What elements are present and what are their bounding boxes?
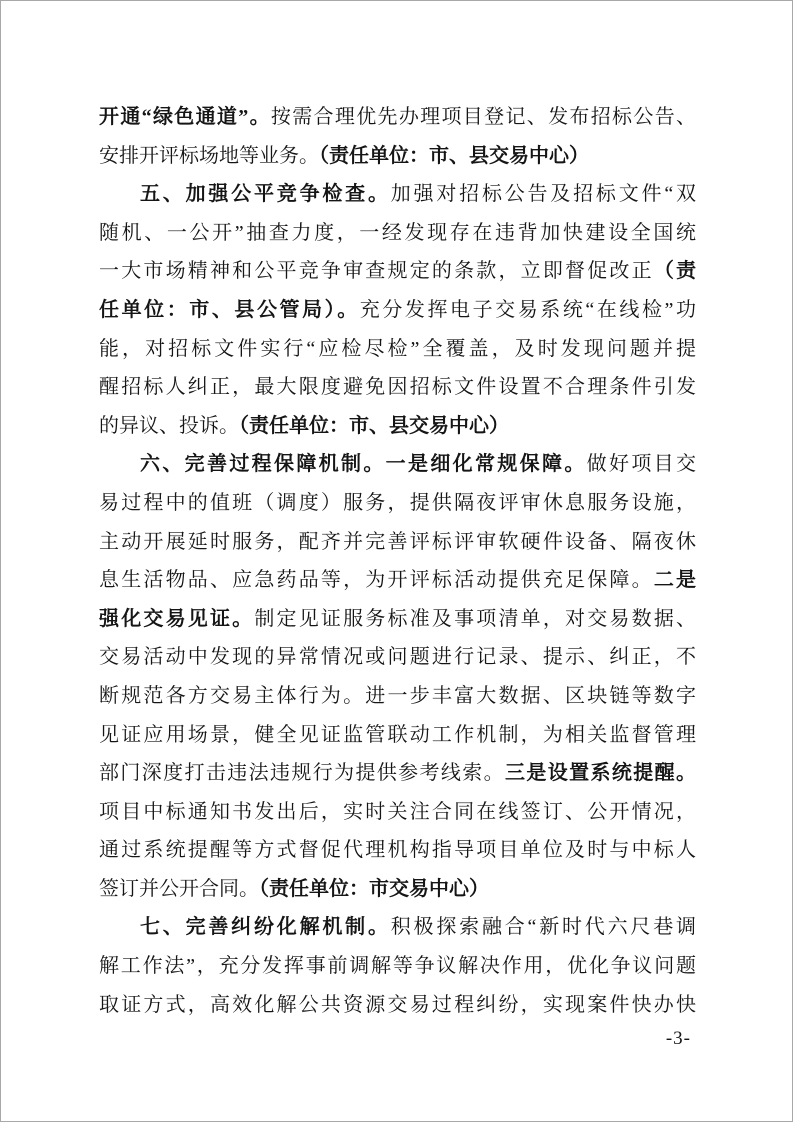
text-line: 取证方式，高效化解公共资源交易过程纠纷，实现案件快办快 xyxy=(99,986,696,1025)
text-segment: 按需合理优先办理项目登记、发布招标公告、 xyxy=(271,106,696,128)
text-line: 解工作法”，充分发挥事前调解等争议解决作用，优化争议问题 xyxy=(99,947,696,986)
paragraph: 开通“绿色通道”。按需合理优先办理项目登记、发布招标公告、安排开评标场地等业务。… xyxy=(99,98,696,175)
text-line: 任单位：市、县公管局）。充分发挥电子交易系统“在线检”功 xyxy=(99,291,696,330)
text-line: 部门深度打击违法违规行为提供参考线索。三是设置系统提醒。 xyxy=(99,754,696,793)
text-segment: 能，对招标文件实行“应检尽检”全覆盖，及时发现问题并提 xyxy=(99,338,696,360)
text-line: 醒招标人纠正，最大限度避免因招标文件设置不合理条件引发 xyxy=(99,368,696,407)
text-segment: 做好项目交 xyxy=(587,453,696,475)
text-line: 五、加强公平竞争检查。加强对招标公告及招标文件“双 xyxy=(99,175,696,214)
text-segment: 交易活动中发现的异常情况或问题进行记录、提示、纠正，不 xyxy=(99,646,696,668)
text-segment: 断规范各方交易主体行为。进一步丰富大数据、区块链等数字 xyxy=(99,685,696,707)
text-segment: 息生活物品、应急药品等，为开评标活动提供充足保障。 xyxy=(99,569,654,591)
text-segment: 五、加强公平竞争检查。 xyxy=(140,183,391,205)
text-segment: 解工作法”，充分发挥事前调解等争议解决作用，优化争议问题 xyxy=(99,955,696,977)
text-segment: 部门深度打击违法违规行为提供参考线索。 xyxy=(99,762,505,784)
text-line: 开通“绿色通道”。按需合理优先办理项目登记、发布招标公告、 xyxy=(99,98,696,137)
text-line: 安排开评标场地等业务。（责任单位：市、县交易中心） xyxy=(99,137,696,176)
text-segment: （责任单位：市、县交易中心） xyxy=(319,145,589,167)
text-segment: 易过程中的值班（调度）服务，提供隔夜评审休息服务设施， xyxy=(99,492,696,514)
text-segment: 通过系统提醒等方式督促代理机构指导项目单位及时与中标人 xyxy=(99,839,696,861)
text-line: 六、完善过程保障机制。一是细化常规保障。做好项目交 xyxy=(99,445,696,484)
document-page: 开通“绿色通道”。按需合理优先办理项目登记、发布招标公告、安排开评标场地等业务。… xyxy=(0,0,793,1122)
paragraph: 五、加强公平竞争检查。加强对招标公告及招标文件“双随机、一公开”抽查力度，一经发… xyxy=(99,175,696,445)
paragraph: 七、完善纠纷化解机制。积极探索融合“新时代六尺巷调解工作法”，充分发挥事前调解等… xyxy=(99,908,696,1024)
text-line: 项目中标通知书发出后，实时关注合同在线签订、公开情况， xyxy=(99,793,696,832)
text-segment: 七、完善纠纷化解机制。 xyxy=(140,916,391,938)
text-segment: 充分发挥电子交易系统“在线检”功 xyxy=(360,299,696,321)
text-segment: （责任单位：市交易中心） xyxy=(259,878,489,900)
text-segment: 安排开评标场地等业务。 xyxy=(99,145,319,167)
text-line: 见证应用场景，健全见证监管联动工作机制，为相关监督管理 xyxy=(99,716,696,755)
text-segment: 项目中标通知书发出后，实时关注合同在线签订、公开情况， xyxy=(99,801,696,823)
text-segment: 一大市场精神和公平竞争审查规定的条款，立即督促改正 xyxy=(99,260,654,282)
text-segment: 任单位：市、县公管局）。 xyxy=(99,299,360,321)
text-segment: （责 xyxy=(654,260,696,282)
text-segment: 强化交易见证。 xyxy=(99,608,254,630)
text-line: 一大市场精神和公平竞争审查规定的条款，立即督促改正（责 xyxy=(99,252,696,291)
text-segment: 随机、一公开”抽查力度，一经发现存在违背加快建设全国统 xyxy=(99,222,696,244)
text-line: 随机、一公开”抽查力度，一经发现存在违背加快建设全国统 xyxy=(99,214,696,253)
text-segment: 三是设置系统提醒。 xyxy=(505,762,696,784)
text-segment: 签订并公开合同。 xyxy=(99,878,259,900)
page-number: -3- xyxy=(666,1028,691,1050)
text-segment: 一是细化常规保障。 xyxy=(386,453,587,475)
text-segment: 积极探索融合“新时代六尺巷调 xyxy=(391,916,696,938)
text-line: 通过系统提醒等方式督促代理机构指导项目单位及时与中标人 xyxy=(99,831,696,870)
text-segment: 开通“绿色通道”。 xyxy=(99,106,271,128)
text-line: 的异议、投诉。（责任单位：市、县交易中心） xyxy=(99,407,696,446)
text-line: 强化交易见证。制定见证服务标准及事项清单，对交易数据、 xyxy=(99,600,696,639)
paragraph: 六、完善过程保障机制。一是细化常规保障。做好项目交易过程中的值班（调度）服务，提… xyxy=(99,445,696,908)
text-line: 交易活动中发现的异常情况或问题进行记录、提示、纠正，不 xyxy=(99,638,696,677)
text-segment: 的异议、投诉。 xyxy=(99,415,239,437)
text-line: 断规范各方交易主体行为。进一步丰富大数据、区块链等数字 xyxy=(99,677,696,716)
text-segment: 二是 xyxy=(654,569,696,591)
text-segment: 加强对招标公告及招标文件“双 xyxy=(391,183,696,205)
text-line: 签订并公开合同。（责任单位：市交易中心） xyxy=(99,870,696,909)
text-segment: 取证方式，高效化解公共资源交易过程纠纷，实现案件快办快 xyxy=(99,994,696,1016)
text-line: 息生活物品、应急药品等，为开评标活动提供充足保障。二是 xyxy=(99,561,696,600)
text-segment: 见证应用场景，健全见证监管联动工作机制，为相关监督管理 xyxy=(99,724,696,746)
text-segment: 主动开展延时服务，配齐并完善评标评审软硬件设备、隔夜休 xyxy=(99,531,696,553)
text-segment: （责任单位：市、县交易中心） xyxy=(239,415,509,437)
text-line: 易过程中的值班（调度）服务，提供隔夜评审休息服务设施， xyxy=(99,484,696,523)
text-segment: 六、完善过程保障机制。 xyxy=(140,453,386,475)
text-line: 主动开展延时服务，配齐并完善评标评审软硬件设备、隔夜休 xyxy=(99,523,696,562)
text-line: 七、完善纠纷化解机制。积极探索融合“新时代六尺巷调 xyxy=(99,908,696,947)
document-body: 开通“绿色通道”。按需合理优先办理项目登记、发布招标公告、安排开评标场地等业务。… xyxy=(99,98,696,1024)
text-segment: 制定见证服务标准及事项清单，对交易数据、 xyxy=(254,608,696,630)
text-segment: 醒招标人纠正，最大限度避免因招标文件设置不合理条件引发 xyxy=(99,376,696,398)
text-line: 能，对招标文件实行“应检尽检”全覆盖，及时发现问题并提 xyxy=(99,330,696,369)
